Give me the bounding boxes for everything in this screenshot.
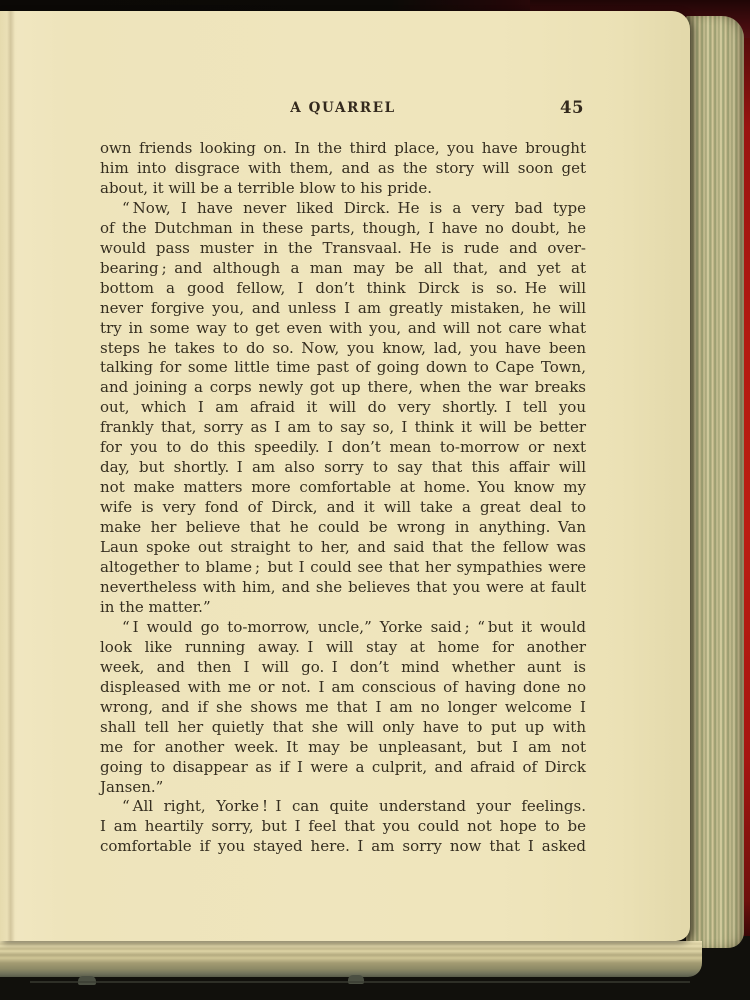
text-line: “ Now, I have never liked Dirck. He is a… [100,199,586,219]
book-page-paper: A QUARREL 45 own friends looking on. In … [0,11,690,941]
text-line: frankly that, sorry as I am to say so, I… [100,418,586,438]
text-line: not make matters more comfortable at hom… [100,478,586,498]
text-line: I am heartily sorry, but I feel that you… [100,817,586,837]
text-line: for you to do this speedily. I don’t mea… [100,438,586,458]
text-line: shall tell her quietly that she will onl… [100,718,586,738]
text-line: of the Dutchman in these parts, though, … [100,219,586,239]
book-scan: A QUARREL 45 own friends looking on. In … [0,0,750,1000]
text-line: nevertheless with him, and she believes … [100,578,586,598]
gutter-crease [7,11,15,941]
chapter-title: A QUARREL [100,100,586,116]
text-line: Laun spoke out straight to her, and said… [100,538,586,558]
text-line: about, it will be a terrible blow to his… [100,179,586,199]
text-line: wrong, and if she shows me that I am no … [100,698,586,718]
text-line: in the matter.” [100,598,586,618]
text-line: and joining a corps newly got up there, … [100,378,586,398]
text-line: look like running away. I will stay at h… [100,638,586,658]
text-line: me for another week. It may be unpleasan… [100,738,586,758]
text-line: never forgive you, and unless I am great… [100,299,586,319]
text-line: “ All right, Yorke ! I can quite underst… [100,797,586,817]
text-line: wife is very fond of Dirck, and it will … [100,498,586,518]
running-header: A QUARREL 45 [100,100,586,122]
text-line: day, but shortly. I am also sorry to say… [100,458,586,478]
text-line: “ I would go to-morrow, uncle,” Yorke sa… [100,618,586,638]
cover-bottom-highlight [30,981,690,983]
page-number: 45 [560,98,584,117]
text-line: Jansen.” [100,778,586,798]
text-line: talking for some little time past of goi… [100,358,586,378]
body-text: own friends looking on. In the third pla… [100,139,586,857]
text-line: displeased with me or not. I am consciou… [100,678,586,698]
text-line: bearing ; and although a man may be all … [100,259,586,279]
text-line: going to disappear as if I were a culpri… [100,758,586,778]
text-line: make her believe that he could be wrong … [100,518,586,538]
text-line: altogether to blame ; but I could see th… [100,558,586,578]
text-line: would pass muster in the Transvaal. He i… [100,239,586,259]
text-line: him into disgrace with them, and as the … [100,159,586,179]
text-line: steps he takes to do so. Now, you know, … [100,339,586,359]
text-line: week, and then I will go. I don’t mind w… [100,658,586,678]
text-line: bottom a good fellow, I don’t think Dirc… [100,279,586,299]
text-line: own friends looking on. In the third pla… [100,139,586,159]
text-line: comfortable if you stayed here. I am sor… [100,837,586,857]
text-line: out, which I am afraid it will do very s… [100,398,586,418]
page-bottom-edge-stack [0,941,702,977]
fore-edge-page-stack [686,16,744,948]
text-line: try in some way to get even with you, an… [100,319,586,339]
